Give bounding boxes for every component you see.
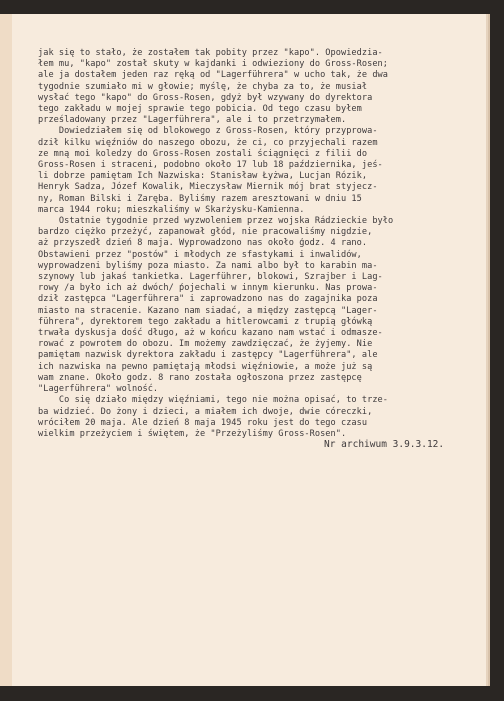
text-line: ba widzieć. Do żony i dzieci, a miałem i… — [38, 407, 468, 418]
text-line: rowy /a było ich aż dwóch/ ṕojechali w i… — [38, 283, 468, 294]
text-line: Dowiedziałem się od blokowego z Gross-Ro… — [38, 126, 468, 137]
document-body: jak się to stało, że zostałem tak pobity… — [38, 48, 468, 440]
text-line: wysłać tego "kapo" do Gross-Rosen, gdyż … — [38, 93, 468, 104]
text-line: miasto na stracenie. Kazano nam siadać, … — [38, 306, 468, 317]
text-line: Ostatnie tygodnie przed wyzwoleniem prze… — [38, 216, 468, 227]
text-line: pamiętam nazwisk dyrektora zakładu i zas… — [38, 350, 468, 361]
text-line: wyprowadzeni byliśmy poza miasto. Za nam… — [38, 261, 468, 272]
text-line: Obstawieni przez "postów" i młodych ze s… — [38, 250, 468, 261]
text-line: dził kilku więźniów do naszego obozu, że… — [38, 138, 468, 149]
text-line: prześladowany przez "Lagerführera", ale … — [38, 115, 468, 126]
text-line: jak się to stało, że zostałem tak pobity… — [38, 48, 468, 59]
text-line: Gross-Rosen i straceni, podobno około 17… — [38, 160, 468, 171]
text-line: ale ja dostałem jeden raz ręką od "Lager… — [38, 70, 468, 81]
text-line: łem mu, "kapo" został skuty w kajdanki i… — [38, 59, 468, 70]
archive-number: Nr archiwum 3.9.3.12. — [324, 439, 444, 450]
text-line: li dobrze pamiętam Ich Nazwiska: Stanisł… — [38, 171, 468, 182]
text-line: bardzo ciężko przeżyć, zapanował głód, n… — [38, 227, 468, 238]
text-line: ze mną moi koledzy do Gross-Rosen zostal… — [38, 149, 468, 160]
text-line: rować z powrotem do obozu. Im możemy zaw… — [38, 339, 468, 350]
text-line: wam znane. Około godz. 8 rano została og… — [38, 373, 468, 384]
text-line: Henryk Sadza, Józef Kowalik, Mieczysław … — [38, 182, 468, 193]
text-line: marca 1944 roku; mieszkaliśmy w Skarżysk… — [38, 205, 468, 216]
text-line: szynowy lub jakaś tankietka. Lagerführer… — [38, 272, 468, 283]
text-line: tygodnie szumiało mi w głowie; myślę, że… — [38, 82, 468, 93]
text-line: ich nazwiska na pewno pamiętają młodsi w… — [38, 362, 468, 373]
document-page: jak się to stało, że zostałem tak pobity… — [12, 14, 486, 686]
text-line: tego zakładu w mojej sprawie tego pobici… — [38, 104, 468, 115]
text-line: dził zastępca "Lagerführera" i zaprowadz… — [38, 294, 468, 305]
text-line: führera", dyrektorem tego zakładu a hitl… — [38, 317, 468, 328]
text-line: trwała dyskusja dość długo, aż w końcu k… — [38, 328, 468, 339]
text-line: Co się działo między więźniami, tego nie… — [38, 395, 468, 406]
text-line: wróciłem 20 maja. Ale dzień 8 maja 1945 … — [38, 418, 468, 429]
text-line: "Lagerführera" wolność. — [38, 384, 468, 395]
text-line: aż przyszedł dzień 8 maja. Wyprowadzono … — [38, 238, 468, 249]
text-line: ny, Roman Bilski i Zaręba. Byliśmy razem… — [38, 194, 468, 205]
